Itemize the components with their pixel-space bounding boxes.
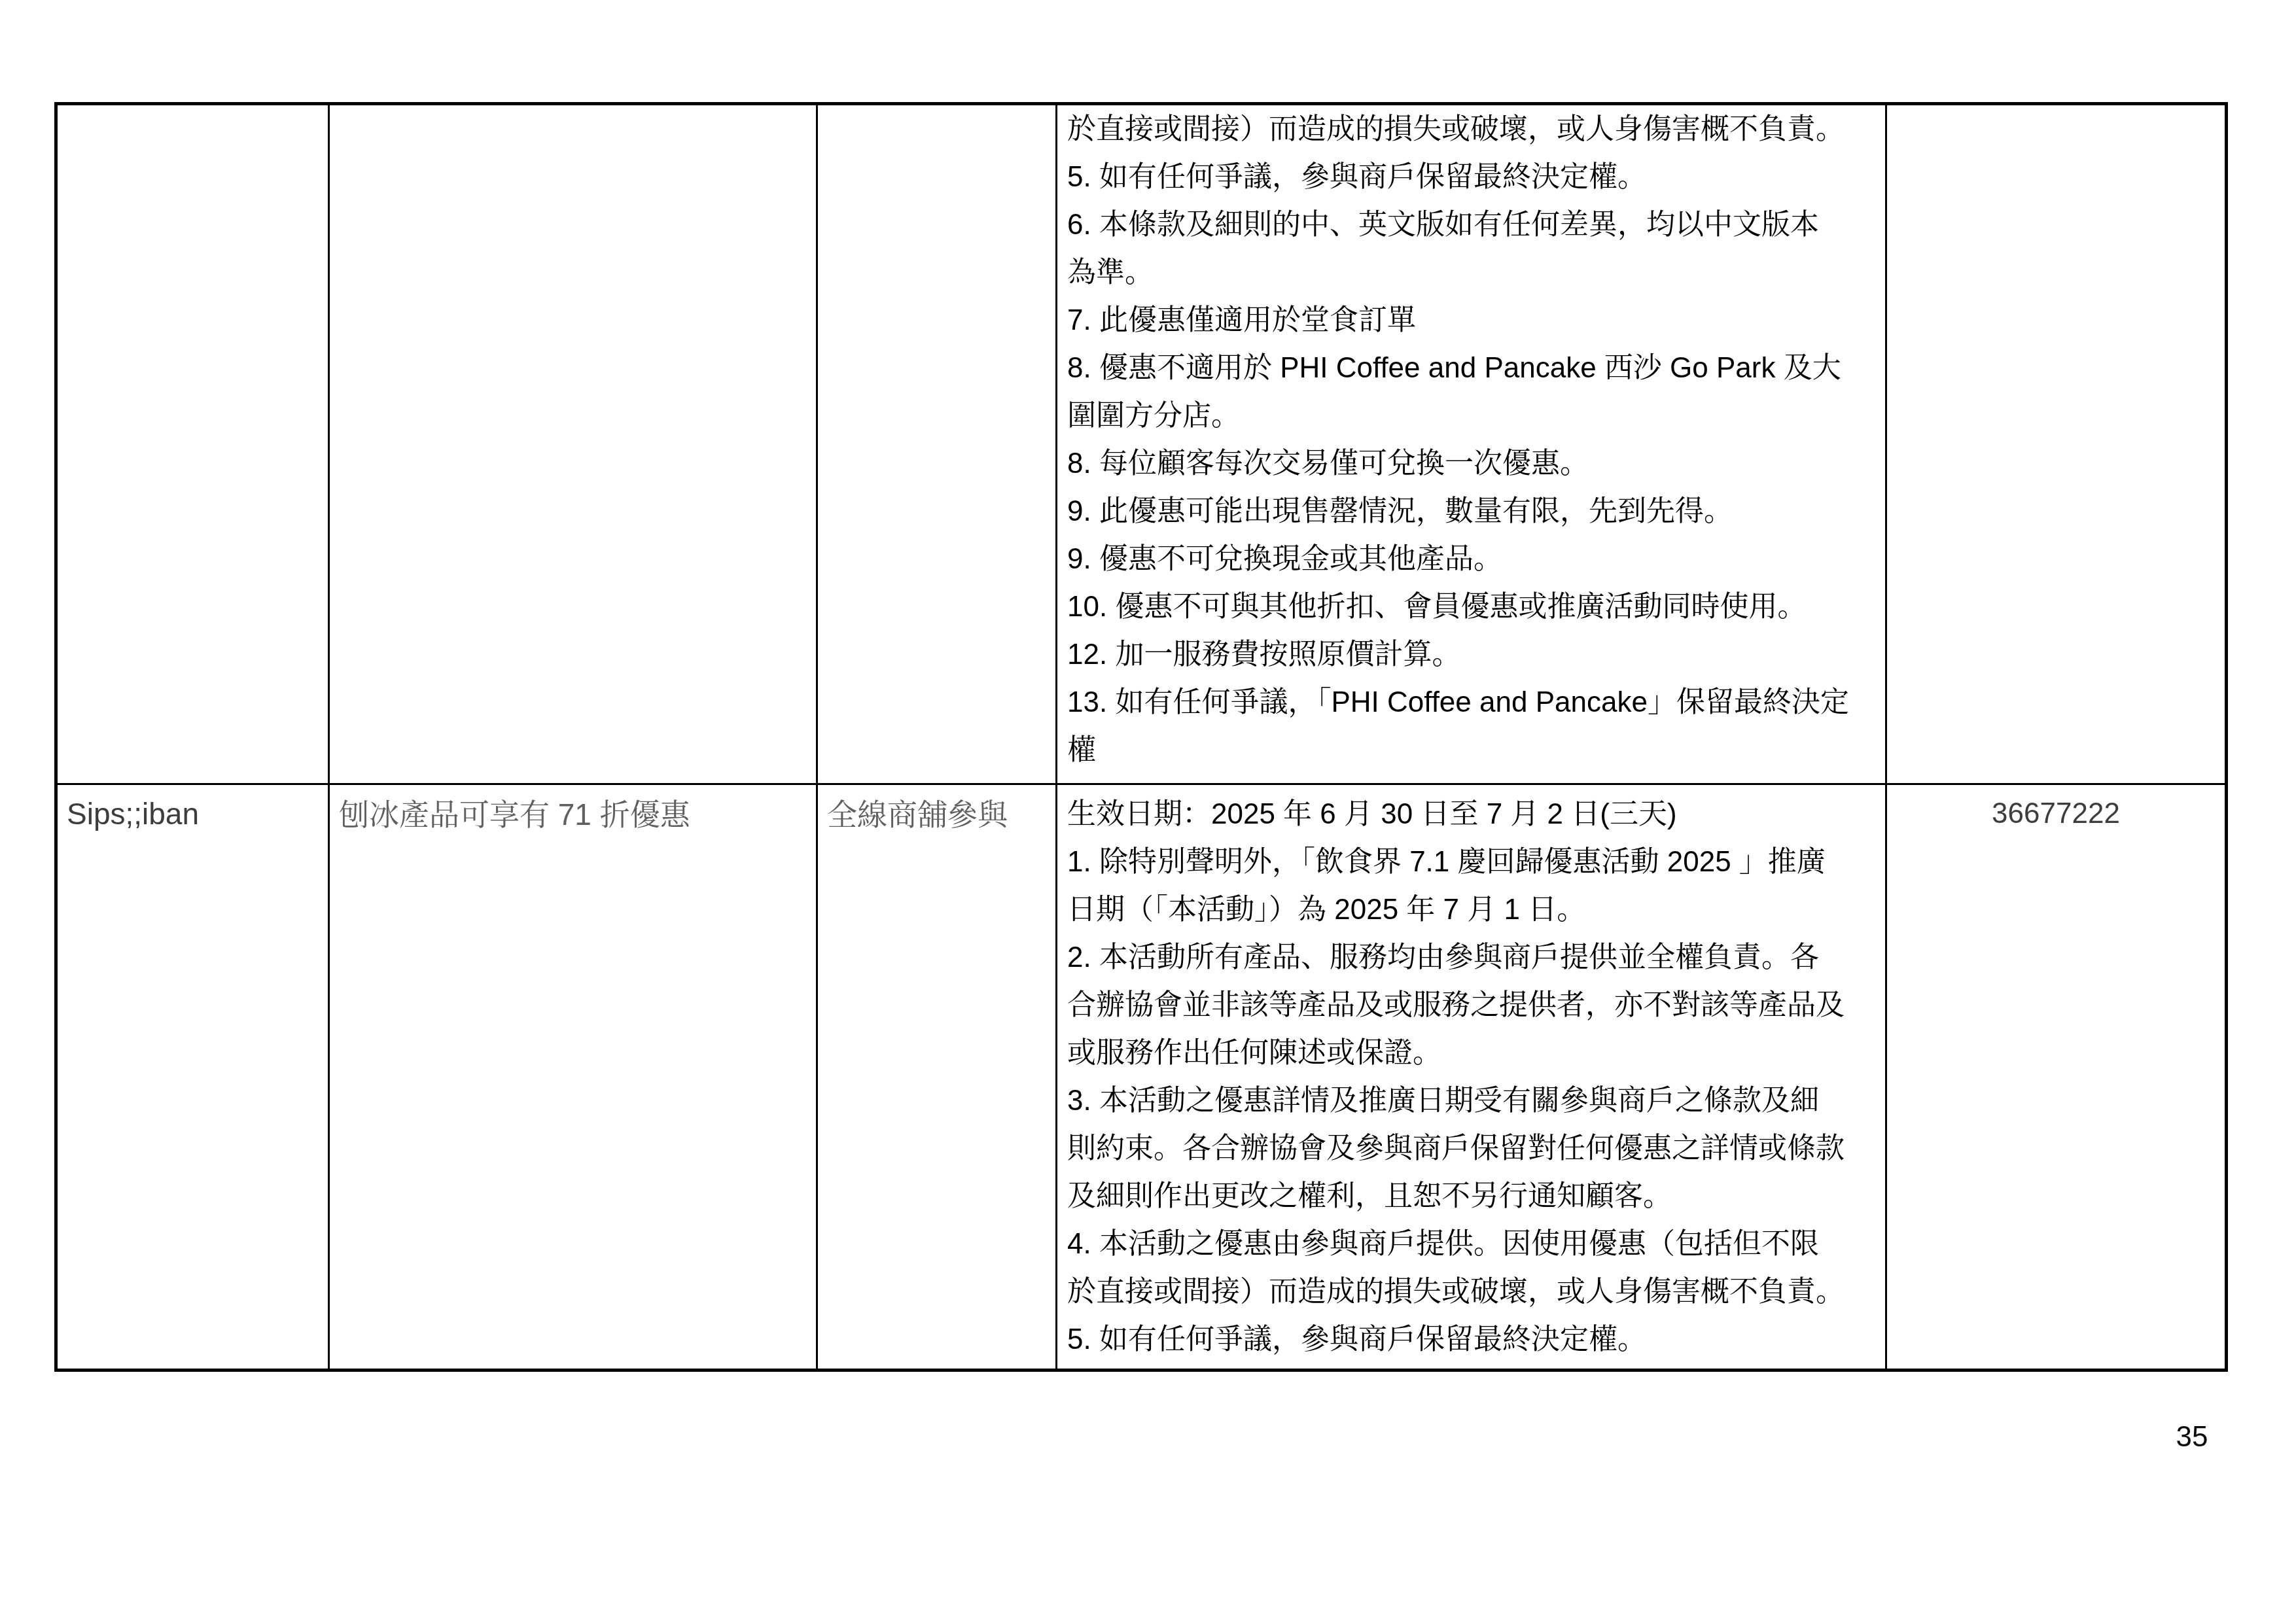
terms-line: 5. 如有任何爭議，參與商戶保留最終決定權。 (1067, 153, 1875, 201)
terms-line: 圍圍方分店。 (1067, 392, 1875, 440)
stores-cell (817, 104, 1057, 784)
terms-line: 3. 本活動之優惠詳情及推廣日期受有關參與商戶之條款及細 (1067, 1077, 1875, 1125)
offer-description: 刨冰產品可享有 71 折優惠 (330, 785, 816, 1369)
offer-cell: 刨冰產品可享有 71 折優惠 (329, 784, 817, 1370)
merchant-name: Sips;;iban (58, 785, 328, 1369)
stores-cell: 全線商舖參與 (817, 784, 1057, 1370)
participating-stores (818, 105, 1055, 783)
terms-line: 權 (1067, 726, 1875, 774)
terms-line: 合辦協會並非該等產品及或服務之提供者，亦不對該等產品及 (1067, 981, 1875, 1029)
merchant-cell (56, 104, 329, 784)
terms-cell: 於直接或間接）而造成的損失或破壞，或人身傷害概不負責。5. 如有任何爭議，參與商… (1057, 104, 1886, 784)
table-row: Sips;;iban 刨冰產品可享有 71 折優惠 全線商舖參與 生效日期：20… (56, 784, 2227, 1370)
terms-line: 為準。 (1067, 249, 1875, 296)
terms-line: 5. 如有任何爭議，參與商戶保留最終決定權。 (1067, 1316, 1875, 1363)
terms-line: 日期（「本活動」）為 2025 年 7 月 1 日。 (1067, 886, 1875, 934)
document-page: 於直接或間接）而造成的損失或破壞，或人身傷害概不負責。5. 如有任何爭議，參與商… (0, 0, 2296, 1623)
terms-line: 生效日期：2025 年 6 月 30 日至 7 月 2 日(三天) (1067, 790, 1875, 838)
phone-number (1887, 105, 2225, 783)
terms-line: 9. 此優惠可能出現售罄情況，數量有限，先到先得。 (1067, 487, 1875, 535)
terms-line: 12. 加一服務費按照原價計算。 (1067, 631, 1875, 678)
terms-line: 1. 除特別聲明外，「飲食界 7.1 慶回歸優惠活動 2025 」推廣 (1067, 838, 1875, 886)
terms-line: 或服務作出任何陳述或保證。 (1067, 1029, 1875, 1077)
terms-line: 9. 優惠不可兌換現金或其他產品。 (1067, 535, 1875, 583)
terms-and-conditions: 生效日期：2025 年 6 月 30 日至 7 月 2 日(三天)1. 除特別聲… (1057, 785, 1885, 1369)
phone-cell: 36677222 (1886, 784, 2227, 1370)
phone-cell (1886, 104, 2227, 784)
terms-line: 7. 此優惠僅適用於堂食訂單 (1067, 296, 1875, 344)
terms-line: 8. 每位顧客每次交易僅可兌換一次優惠。 (1067, 440, 1875, 487)
merchant-cell: Sips;;iban (56, 784, 329, 1370)
participating-stores: 全線商舖參與 (818, 785, 1055, 1369)
terms-cell: 生效日期：2025 年 6 月 30 日至 7 月 2 日(三天)1. 除特別聲… (1057, 784, 1886, 1370)
terms-line: 2. 本活動所有產品、服務均由參與商戶提供並全權負責。各 (1067, 934, 1875, 981)
terms-line: 10. 優惠不可與其他折扣、會員優惠或推廣活動同時使用。 (1067, 583, 1875, 631)
terms-line: 及細則作出更改之權利，且恕不另行通知顧客。 (1067, 1172, 1875, 1220)
merchant-name (58, 105, 328, 783)
document-table: 於直接或間接）而造成的損失或破壞，或人身傷害概不負責。5. 如有任何爭議，參與商… (54, 102, 2228, 1372)
offer-description (330, 105, 816, 783)
terms-line: 於直接或間接）而造成的損失或破壞，或人身傷害概不負責。 (1067, 105, 1875, 153)
phone-number: 36677222 (1887, 785, 2225, 1369)
terms-line: 則約束。各合辦協會及參與商戶保留對任何優惠之詳情或條款 (1067, 1125, 1875, 1172)
terms-line: 6. 本條款及細則的中、英文版如有任何差異，均以中文版本 (1067, 201, 1875, 249)
terms-line: 13. 如有任何爭議，「PHI Coffee and Pancake」保留最終決… (1067, 678, 1875, 726)
terms-line: 4. 本活動之優惠由參與商戶提供。因使用優惠（包括但不限 (1067, 1220, 1875, 1268)
page-number: 35 (2153, 1421, 2231, 1454)
offer-cell (329, 104, 817, 784)
terms-line: 8. 優惠不適用於 PHI Coffee and Pancake 西沙 Go P… (1067, 344, 1875, 392)
terms-line: 於直接或間接）而造成的損失或破壞，或人身傷害概不負責。 (1067, 1268, 1875, 1316)
terms-and-conditions: 於直接或間接）而造成的損失或破壞，或人身傷害概不負責。5. 如有任何爭議，參與商… (1057, 105, 1885, 783)
table-row: 於直接或間接）而造成的損失或破壞，或人身傷害概不負責。5. 如有任何爭議，參與商… (56, 104, 2227, 784)
